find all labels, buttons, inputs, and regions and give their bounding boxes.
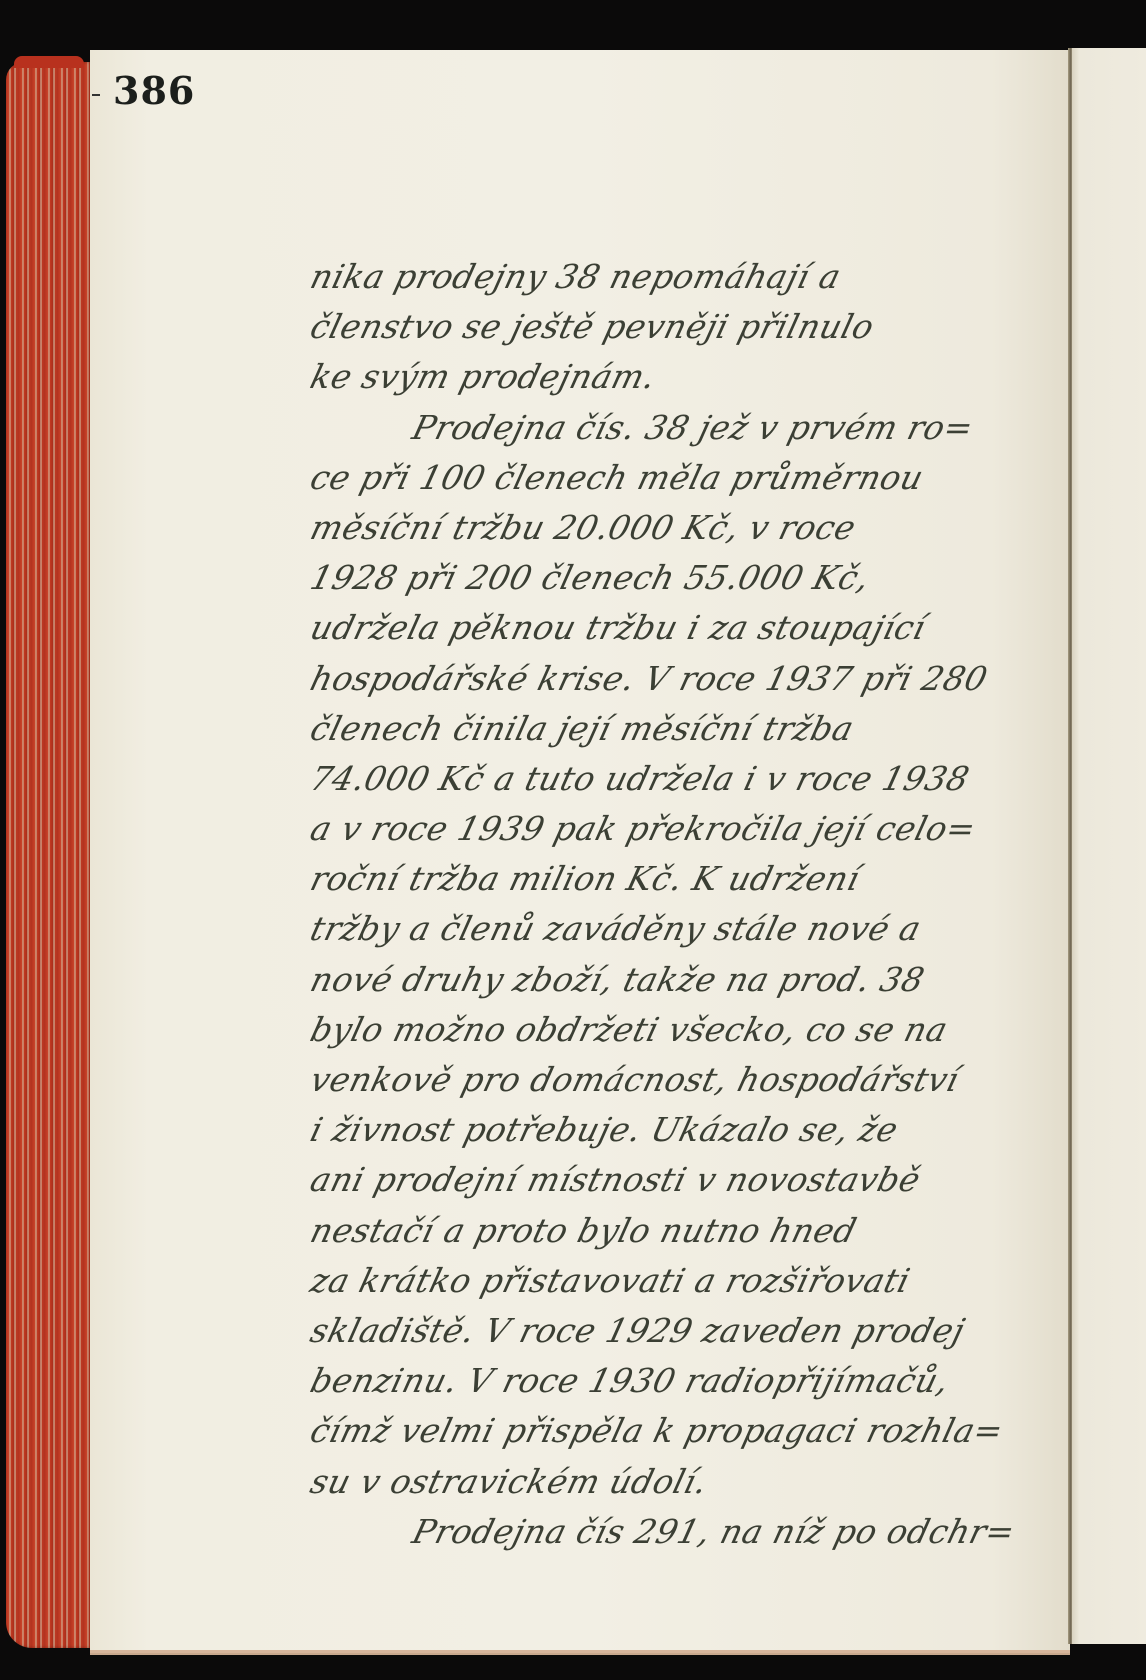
text-line: udržela pěknou tržbu i za stoupající [305,603,1078,653]
text-line-paragraph-start: Prodejna čís. 38 jež v prvém ro= [305,403,1078,453]
page-number: 386 [113,68,195,113]
text-line: 74.000 Kč a tuto udržela i v roce 1938 [305,754,1078,804]
text-line: čímž velmi přispěla k propagaci rozhla= [305,1406,1078,1456]
text-line: 1928 při 200 členech 55.000 Kč, [305,553,1078,603]
text-line: a v roce 1939 pak překročila její celo= [305,804,1078,854]
text-line: i živnost potřebuje. Ukázalo se, že [305,1105,1078,1155]
text-line: nové druhy zboží, takže na prod. 38 [305,955,1078,1005]
book-page: 386 nika prodejny 38 nepomáhají a členst… [90,50,1070,1653]
text-line: členech činila její měsíční tržba [305,704,1078,754]
text-line: ce při 100 členech měla průměrnou [305,453,1078,503]
page-stack-edges [6,62,92,1648]
text-line-paragraph-start: Prodejna čís 291, na níž po odchr= [305,1507,1078,1557]
text-line: tržby a členů zaváděny stále nové a [305,904,1078,954]
page-number-mark [92,94,100,96]
text-line: skladiště. V roce 1929 zaveden prodej [305,1306,1078,1356]
text-line: roční tržba milion Kč. K udržení [305,854,1078,904]
text-line: měsíční tržbu 20.000 Kč, v roce [305,503,1078,553]
handwritten-text: nika prodejny 38 nepomáhají a členstvo s… [305,252,1065,1557]
text-line: venkově pro domácnost, hospodářství [305,1055,1078,1105]
facing-page-edge [1072,48,1146,1644]
text-line: za krátko přistavovati a rozšiřovati [305,1256,1078,1306]
text-line: ke svým prodejnám. [305,352,1078,402]
text-line: členstvo se ještě pevněji přilnulo [305,302,1078,352]
text-line: benzinu. V roce 1930 radiopřijímačů, [305,1356,1078,1406]
text-line: su v ostravickém údolí. [305,1457,1078,1507]
text-line: bylo možno obdržeti všecko, co se na [305,1005,1078,1055]
text-line: ani prodejní místnosti v novostavbě [305,1155,1078,1205]
text-line: hospodářské krise. V roce 1937 při 280 [305,654,1078,704]
text-line: nika prodejny 38 nepomáhají a [305,252,1078,302]
text-line: nestačí a proto bylo nutno hned [305,1206,1078,1256]
